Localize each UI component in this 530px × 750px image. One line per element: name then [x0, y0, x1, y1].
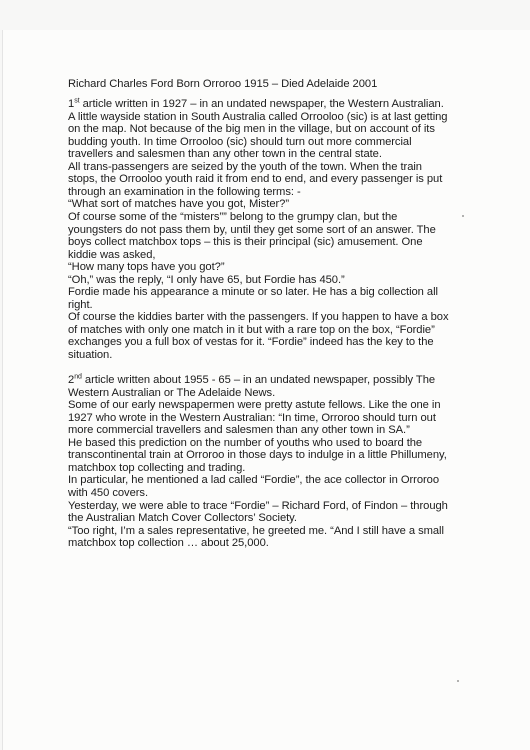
- text-line: Of course some of the “misters”” belong …: [68, 211, 508, 224]
- scan-speck: [457, 680, 459, 682]
- heading-text: article written in 1927 – in an undated …: [80, 98, 444, 110]
- text-line: matchbox top collection … about 25,000.: [68, 537, 508, 550]
- text-line: of matches with only one match in it but…: [68, 324, 508, 337]
- text-line: travellers and salesmen than any other t…: [68, 148, 508, 161]
- text-line: “Too right, I’m a sales representative, …: [68, 525, 508, 538]
- document-title: Richard Charles Ford Born Orroroo 1915 –…: [68, 78, 508, 91]
- text-line: 1927 who wrote in the Western Australian…: [68, 412, 508, 425]
- article-1-lines: A little wayside station in South Austra…: [68, 111, 508, 362]
- article-2-heading: 2nd article written about 1955 - 65 – in…: [68, 374, 508, 387]
- text-line: In particular, he mentioned a lad called…: [68, 474, 508, 487]
- article-2: 2nd article written about 1955 - 65 – in…: [68, 374, 508, 550]
- text-line: Some of our early newspapermen were pret…: [68, 399, 508, 412]
- text-line: “What sort of matches have you got, Mist…: [68, 198, 508, 211]
- text-line: matchbox top collecting and trading.: [68, 462, 508, 475]
- heading-text: article written about 1955 - 65 – in an …: [82, 374, 435, 386]
- text-line: Western Australian or The Adelaide News.: [68, 387, 508, 400]
- text-line: boys collect matchbox tops – this is the…: [68, 236, 508, 249]
- text-line: “How many tops have you got?”: [68, 261, 508, 274]
- article-1-heading: 1st article written in 1927 – in an unda…: [68, 98, 508, 111]
- text-line: exchanges you a full box of vestas for i…: [68, 336, 508, 349]
- text-line: on the map. Not because of the big men i…: [68, 123, 508, 136]
- text-line: situation.: [68, 349, 508, 362]
- text-line: Of course the kiddies barter with the pa…: [68, 311, 508, 324]
- text-line: He based this prediction on the number o…: [68, 437, 508, 450]
- text-line: All trans-passengers are seized by the y…: [68, 161, 508, 174]
- text-line: through an examination in the following …: [68, 186, 508, 199]
- text-line: budding youth. In time Orrooloo (sic) sh…: [68, 136, 508, 149]
- text-line: with 450 covers.: [68, 487, 508, 500]
- article-1: 1st article written in 1927 – in an unda…: [68, 98, 508, 361]
- article-2-lines: Western Australian or The Adelaide News.…: [68, 387, 508, 550]
- text-line: stops, the Orrooloo youth raid it from e…: [68, 173, 508, 186]
- text-line: transcontinental train at Orroroo in tho…: [68, 449, 508, 462]
- text-line: Yesterday, we were able to trace “Fordie…: [68, 500, 508, 513]
- text-line: Fordie made his appearance a minute or s…: [68, 286, 508, 299]
- text-line: more commercial travellers and salesmen …: [68, 424, 508, 437]
- document-body: Richard Charles Ford Born Orroroo 1915 –…: [68, 78, 508, 562]
- text-line: A little wayside station in South Austra…: [68, 111, 508, 124]
- text-line: “Oh,” was the reply, “I only have 65, bu…: [68, 274, 508, 287]
- text-line: youngsters do not pass them by, until th…: [68, 224, 508, 237]
- text-line: kiddie was asked,: [68, 249, 508, 262]
- ordinal-suffix: nd: [74, 373, 82, 380]
- text-line: right.: [68, 299, 508, 312]
- text-line: the Australian Match Cover Collectors’ S…: [68, 512, 508, 525]
